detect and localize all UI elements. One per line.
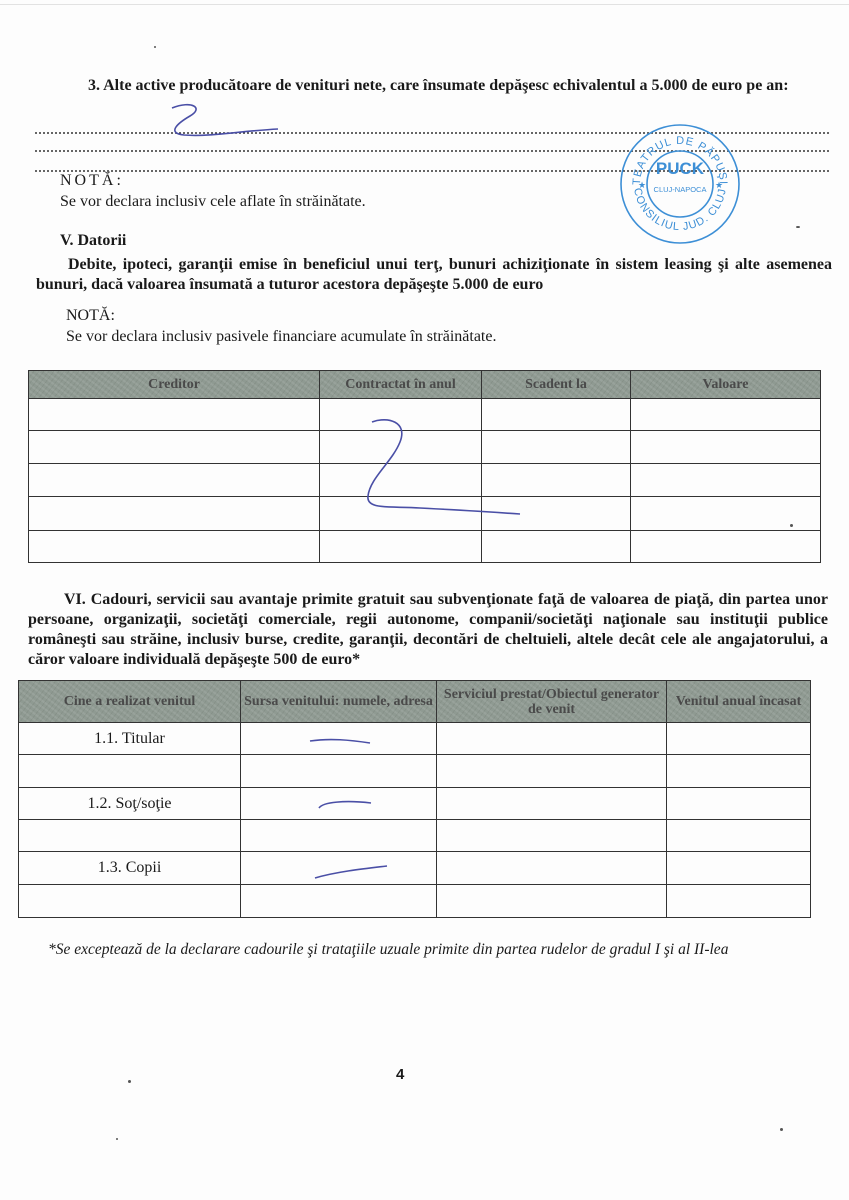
table-row: 1.3. Copii — [19, 852, 811, 885]
debt-cell — [320, 531, 482, 563]
section5-description: Debite, ipoteci, garanţii emise în benef… — [36, 255, 832, 295]
debts-table: Creditor Contractat în anul Scadent la V… — [28, 370, 821, 563]
debt-cell — [482, 399, 631, 431]
institution-stamp: TEATRUL DE PĂPUŞI PUCK CLUJ-NAPOCA ★ ★ C… — [618, 122, 742, 246]
gift-cell — [667, 788, 811, 820]
debts-header-contract-year: Contractat în anul — [320, 371, 482, 399]
debt-cell — [29, 497, 320, 531]
scan-speck — [116, 1138, 118, 1140]
section3-heading: 3. Alte active producătoare de venituri … — [36, 76, 832, 96]
scan-edge — [0, 4, 849, 5]
debt-cell — [29, 431, 320, 464]
section3-nota-label: NOTĂ: — [60, 172, 124, 190]
gift-cell — [437, 788, 667, 820]
table-row — [29, 399, 821, 431]
scan-speck — [796, 226, 800, 228]
gifts-header-income: Venitul anual încasat — [667, 681, 811, 723]
gifts-header-service: Serviciul prestat/Obiectul generator de … — [437, 681, 667, 723]
table-row: 1.1. Titular — [19, 723, 811, 755]
debts-header-due: Scadent la — [482, 371, 631, 399]
table-row — [19, 755, 811, 788]
scan-speck — [154, 46, 156, 48]
scan-speck — [128, 1080, 131, 1083]
debt-cell — [482, 464, 631, 497]
gift-cell — [241, 852, 437, 885]
gift-cell — [437, 755, 667, 788]
section5-nota-label: NOTĂ: — [66, 306, 115, 326]
gift-cell — [241, 820, 437, 852]
debt-cell — [631, 464, 821, 497]
gift-owner-label — [19, 885, 241, 918]
gift-cell — [437, 885, 667, 918]
gift-cell — [667, 820, 811, 852]
gift-owner-label: 1.2. Soţ/soţie — [19, 788, 241, 820]
section3-nota-text: Se vor declara inclusiv cele aflate în s… — [60, 192, 366, 212]
gifts-header-who: Cine a realizat venitul — [19, 681, 241, 723]
debt-cell — [29, 399, 320, 431]
table-row — [19, 885, 811, 918]
table-row — [29, 497, 821, 531]
section5-nota-text: Se vor declara inclusiv pasivele financi… — [66, 327, 496, 347]
gift-owner-label — [19, 820, 241, 852]
stamp-center: PUCK — [656, 159, 705, 178]
debts-header-creditor: Creditor — [29, 371, 320, 399]
gift-cell — [667, 723, 811, 755]
gift-cell — [667, 755, 811, 788]
table-row: 1.2. Soţ/soţie — [19, 788, 811, 820]
gift-cell — [437, 723, 667, 755]
debt-cell — [482, 531, 631, 563]
gift-cell — [241, 885, 437, 918]
gifts-footnote: *Se exceptează de la declarare cadourile… — [48, 941, 828, 959]
gift-cell — [241, 723, 437, 755]
gift-cell — [241, 788, 437, 820]
table-row — [29, 464, 821, 497]
debt-cell — [320, 399, 482, 431]
debt-cell — [29, 531, 320, 563]
debt-cell — [631, 431, 821, 464]
gift-owner-label: 1.1. Titular — [19, 723, 241, 755]
debt-cell — [320, 464, 482, 497]
debt-cell — [320, 431, 482, 464]
scan-speck — [780, 1128, 783, 1131]
section6-title: VI. Cadouri, servicii sau avantaje primi… — [28, 590, 828, 670]
debt-cell — [631, 531, 821, 563]
gifts-header-source: Sursa venitului: numele, adresa — [241, 681, 437, 723]
gift-cell — [667, 852, 811, 885]
table-row — [29, 431, 821, 464]
gift-cell — [667, 885, 811, 918]
debt-cell — [29, 464, 320, 497]
table-row — [29, 531, 821, 563]
page-number: 4 — [396, 1066, 404, 1083]
debt-cell — [482, 431, 631, 464]
gift-owner-label — [19, 755, 241, 788]
gift-owner-label: 1.3. Copii — [19, 852, 241, 885]
debt-cell — [631, 399, 821, 431]
stamp-city: CLUJ-NAPOCA — [654, 185, 707, 194]
gift-cell — [241, 755, 437, 788]
gift-cell — [437, 820, 667, 852]
table-row — [19, 820, 811, 852]
debts-header-value: Valoare — [631, 371, 821, 399]
strike-mark-section3 — [160, 100, 300, 140]
gift-cell — [437, 852, 667, 885]
scan-speck — [790, 524, 793, 527]
gifts-table: Cine a realizat venitul Sursa venitului:… — [18, 680, 811, 918]
debt-cell — [320, 497, 482, 531]
section5-title: V. Datorii — [60, 231, 126, 251]
debt-cell — [482, 497, 631, 531]
